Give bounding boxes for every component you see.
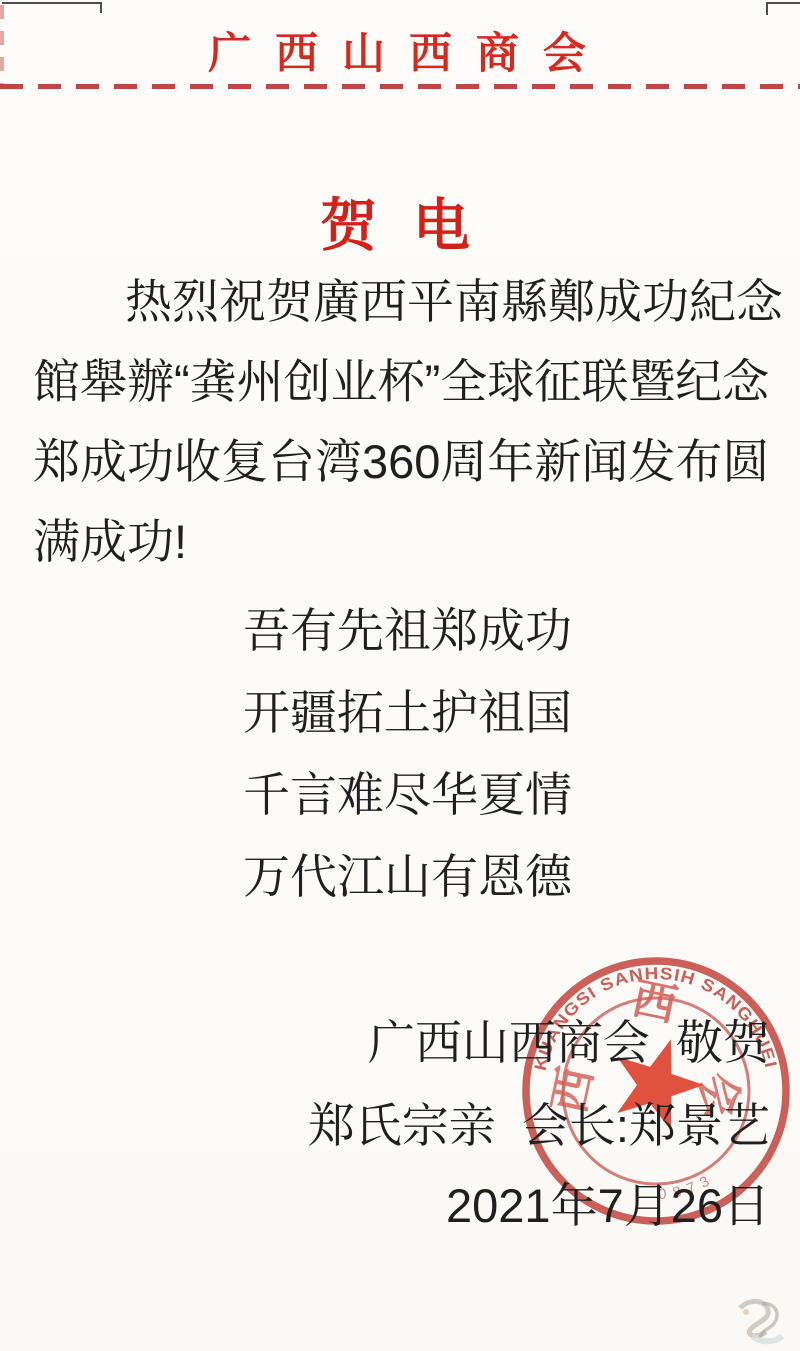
signature-date: 2021年7月26日 — [446, 1176, 770, 1236]
poem-block: 吾有先祖郑成功 开疆拓土护祖国 千言难尽华夏情 万代江山有恩德 — [243, 590, 572, 918]
signature-president: 郑氏宗亲 会长:郑景艺 — [308, 1096, 770, 1156]
poem-line: 千言难尽华夏情 — [243, 754, 572, 836]
body-line: 館舉辦“龚州创业杯”全球征联暨纪念 — [33, 342, 788, 422]
body-paragraph: 热烈祝贺廣西平南縣鄭成功紀念 館舉辦“龚州创业杯”全球征联暨纪念 郑成功收复台湾… — [33, 262, 788, 582]
document-title: 贺 电 — [0, 180, 800, 262]
poem-line: 吾有先祖郑成功 — [243, 590, 572, 672]
poem-line: 开疆拓土护祖国 — [243, 672, 572, 754]
crop-mark-top-left — [2, 2, 102, 13]
crop-mark-top-right — [766, 2, 800, 15]
body-line: 热烈祝贺廣西平南縣鄭成功紀念 — [33, 262, 788, 342]
congratulatory-telegram-document: 广 西 山 西 商 会 贺 电 热烈祝贺廣西平南縣鄭成功紀念 館舉辦“龚州创业杯… — [0, 0, 800, 1351]
body-line: 满成功! — [33, 502, 788, 582]
org-name-header: 广 西 山 西 商 会 — [0, 20, 800, 81]
red-dashed-divider — [0, 84, 800, 89]
poem-line: 万代江山有恩德 — [243, 836, 572, 918]
watermark-scribble — [722, 1292, 794, 1348]
body-line: 郑成功收复台湾360周年新闻发布圆 — [33, 422, 788, 502]
signature-org: 广西山西商会 敬贺 — [368, 1013, 770, 1073]
